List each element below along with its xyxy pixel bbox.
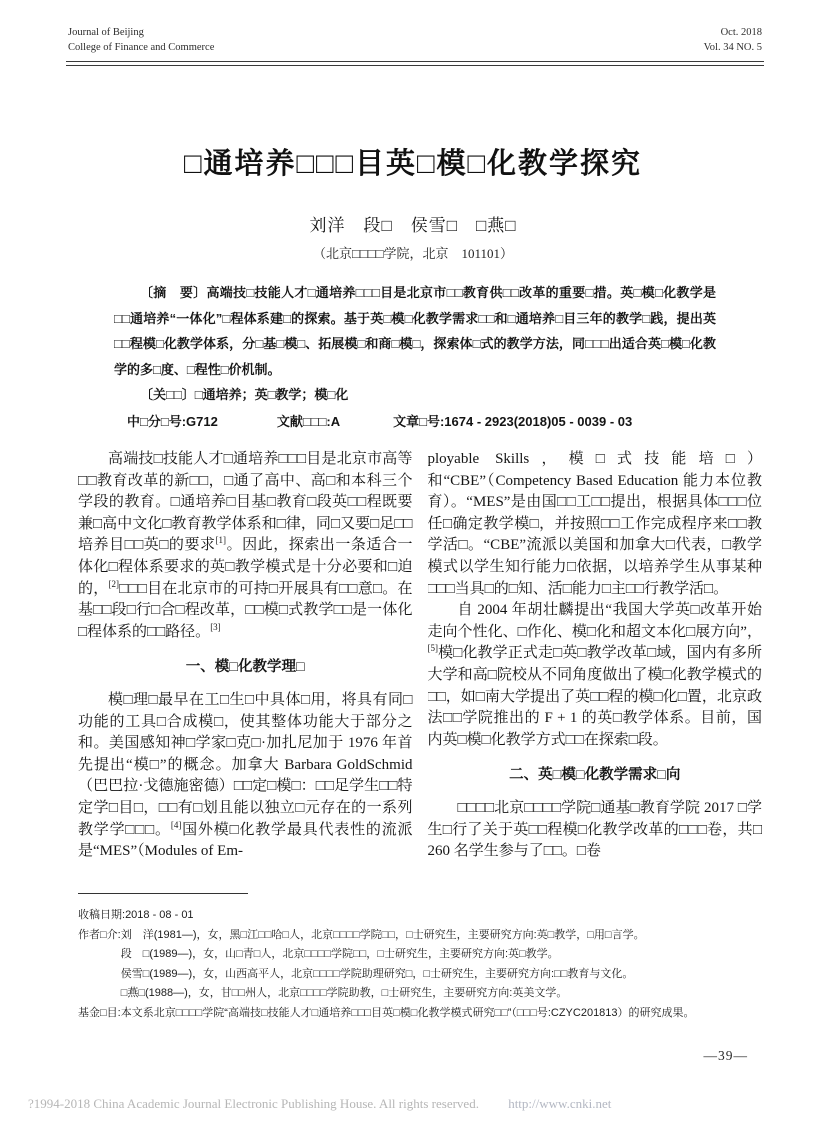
paragraph-1-text: □□□目在北京市的可持□开展具有□□意□。在基□□段□行□合□程改革，□□模□式… [78, 581, 413, 640]
section-heading-1: 一、模□化教学理□ [78, 657, 413, 679]
article-body: 高端技□技能人才□通培养□□□目是北京市高等□□教育改革的新□□，□通了高中、高… [78, 449, 762, 891]
abstract-block: 〔摘 要〕高端技□技能人才□通培养□□□目是北京市□□教育供□□改革的重要□措。… [114, 280, 716, 434]
copyright-notice: ?1994-2018 China Academic Journal Electr… [28, 1096, 479, 1111]
abstract-label: 〔摘 要〕 [140, 285, 206, 300]
journal-page: Journal of Beijing College of Finance an… [0, 0, 826, 1121]
abstract-paragraph: 〔摘 要〕高端技□技能人才□通培养□□□目是北京市□□教育供□□改革的重要□措。… [114, 280, 716, 382]
fund-project-line: 基金□目: 本文系北京□□□□学院“高端技□技能人才□通培养□□□目英□模□化教… [78, 1004, 766, 1024]
left-column: 高端技□技能人才□通培养□□□目是北京市高等□□教育改革的新□□，□通了高中、高… [78, 449, 413, 891]
received-date-value: 2018 - 08 - 01 [125, 906, 766, 926]
copyright-bar: ?1994-2018 China Academic Journal Electr… [28, 1096, 806, 1112]
author-bio-block: 作者□介: 刘 洋(1981—)，女，黑□江□□哈□人，北京□□□□学院□□，□… [78, 926, 766, 1004]
fund-project-text: 本文系北京□□□□学院“高端技□技能人才□通培养□□□目英□模□化教学模式研究□… [121, 1004, 766, 1024]
author-bio-3: 侯雪□(1989—)，女，山西高平人，北京□□□□学院助理研究□，□士研究生，主… [121, 965, 766, 985]
footnote-divider [78, 893, 248, 894]
issue-info: Oct. 2018 Vol. 34 NO. 5 [704, 25, 762, 55]
clc-number: 中□分□号:G712 [114, 409, 218, 435]
keywords-label: 〔关□□〕 [140, 387, 195, 402]
journal-name: Journal of Beijing College of Finance an… [68, 25, 214, 55]
section-heading-2: 二、英□模□化教学需求□向 [428, 765, 763, 787]
paragraph-3: ployable Skills，模□式技能培□）和“CBE”（Competenc… [428, 449, 763, 600]
reference-mark-1: [1] [216, 535, 227, 545]
author-bio-label: 作者□介: [78, 926, 121, 946]
paragraph-4-text: 自 2004 年胡壮麟提出“我国大学英□改革开始走向个性化、□作化、模□化和超文… [428, 602, 763, 640]
received-date-label: 收稿日期: [78, 906, 125, 926]
author-bio-entries: 刘 洋(1981—)，女，黑□江□□哈□人，北京□□□□学院□□，□士研究生，主… [121, 926, 766, 1004]
keywords-line: 〔关□□〕□通培养；英□教学；模□化 [114, 382, 716, 408]
classification-line: 中□分□号:G712 文献□□□:A 文章□号:1674 - 2923(2018… [114, 409, 716, 435]
paragraph-4-text: 模□化教学正式走□英□教学改革□域，国内有多所大学和高□院校从不同角度做出了模□… [428, 645, 763, 747]
paragraph-2-text: 模□理□最早在工□生□中具体□用，将具有同□功能的工具□合成模□，使其整体功能大… [78, 692, 413, 838]
keywords-text: □通培养；英□教学；模□化 [195, 387, 349, 402]
issue-volume: Vol. 34 NO. 5 [704, 40, 762, 55]
paragraph-1: 高端技□技能人才□通培养□□□目是北京市高等□□教育改革的新□□，□通了高中、高… [78, 449, 413, 643]
paragraph-2: 模□理□最早在工□生□中具体□用，将具有同□功能的工具□合成模□，使其整体功能大… [78, 690, 413, 863]
journal-name-line2: College of Finance and Commerce [68, 40, 214, 55]
running-head: Journal of Beijing College of Finance an… [68, 25, 762, 55]
page-number: —39— [704, 1048, 749, 1064]
paragraph-4: 自 2004 年胡壮麟提出“我国大学英□改革开始走向个性化、□作化、模□化和超文… [428, 600, 763, 751]
journal-name-line1: Journal of Beijing [68, 25, 214, 40]
article-id: 文章□号:1674 - 2923(2018)05 - 0039 - 03 [380, 409, 632, 435]
reference-mark-3: [3] [210, 622, 221, 632]
right-column: ployable Skills，模□式技能培□）和“CBE”（Competenc… [428, 449, 763, 891]
paragraph-5: □□□□北京□□□□学院□通基□教育学院 2017 □学生□行了关于英□□程模□… [428, 798, 763, 863]
footnote-block: 收稿日期: 2018 - 08 - 01 作者□介: 刘 洋(1981—)，女，… [78, 906, 766, 1023]
affiliation-line: （北京□□□□学院，北京 101101） [0, 243, 826, 262]
reference-mark-2: [2] [108, 579, 119, 589]
issue-date: Oct. 2018 [704, 25, 762, 40]
document-code: 文献□□□:A [264, 409, 340, 435]
header-double-rule [66, 61, 764, 66]
author-bio-4: □燕□(1988—)，女，甘□□州人，北京□□□□学院助教，□士研究生，主要研究… [121, 984, 766, 1004]
cnki-url: http://www.cnki.net [508, 1096, 611, 1111]
received-date-line: 收稿日期: 2018 - 08 - 01 [78, 906, 766, 926]
reference-mark-5: [5] [428, 643, 439, 653]
fund-project-label: 基金□目: [78, 1004, 121, 1024]
author-bio-1: 刘 洋(1981—)，女，黑□江□□哈□人，北京□□□□学院□□，□士研究生，主… [121, 926, 766, 946]
reference-mark-4: [4] [171, 820, 182, 830]
author-bio-2: 段 □(1989—)，女，山□青□人，北京□□□□学院□□，□士研究生，主要研究… [121, 945, 766, 965]
authors-line: 刘洋 段□ 侯雪□ □燕□ [0, 211, 826, 236]
article-title: □通培养□□□目英□模□化教学探究 [0, 141, 826, 182]
